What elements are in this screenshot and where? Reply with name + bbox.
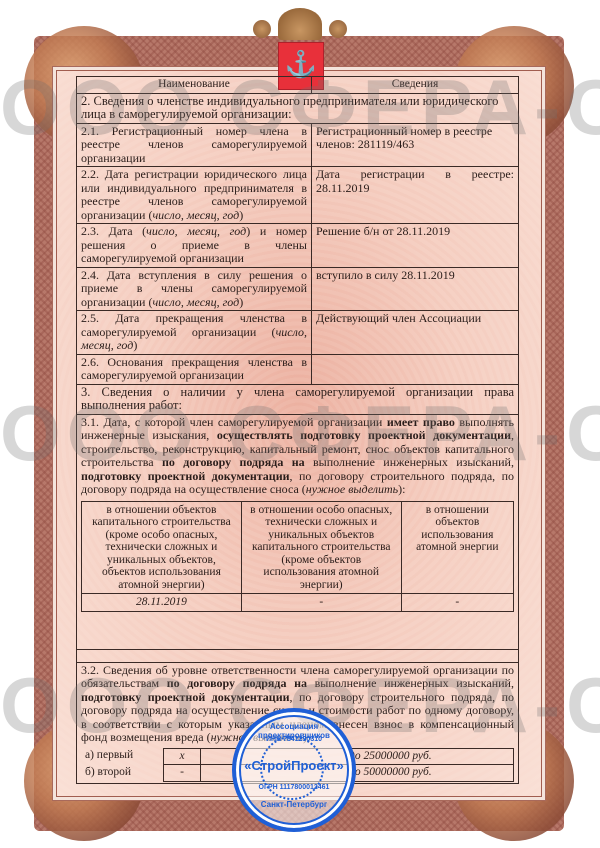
scepter-icon (253, 20, 271, 38)
text-bold: по договору подряда на (162, 455, 305, 469)
rights-header-row: в отношении объектов капитального строит… (82, 501, 514, 594)
text-bold: подготовку проектной документации (81, 690, 290, 704)
label-hint: число, месяц, год (152, 295, 239, 309)
empty-row (77, 649, 519, 662)
label-hint: число, месяц, год (146, 224, 246, 238)
column-header-info: Сведения (312, 77, 519, 94)
row-value: Решение б/н от 28.11.2019 (312, 224, 519, 268)
document-content: Наименование Сведения 2. Сведения о член… (76, 76, 519, 784)
table-header-row: Наименование Сведения (77, 77, 519, 94)
row-label: 2.4. Дата вступления в силу решения о пр… (77, 267, 312, 311)
table-row: 2.5. Дата прекращения членства в саморег… (77, 311, 519, 355)
text: выполнение инженерных изысканий, (307, 676, 514, 690)
table-row: 2.2. Дата регистрации юридического лица … (77, 167, 519, 224)
text: выполнение инженерных изысканий, (305, 455, 514, 469)
rights-value: 28.11.2019 (82, 594, 242, 612)
row-value: Дата регистрации в реестре: 28.11.2019 (312, 167, 519, 224)
label-text: 2.3. Дата (81, 224, 133, 238)
row-value: вступило в силу 28.11.2019 (312, 267, 519, 311)
rights-header: в отношении объектов капитального строит… (82, 501, 242, 594)
table-row: 2.1. Регистрационный номер члена в реест… (77, 123, 519, 167)
text-bold: подготовку проектной документации (81, 469, 290, 483)
rights-value: - (401, 594, 513, 612)
text-bold: имеет право (387, 415, 455, 429)
section-3-title: 3. Сведения о наличии у члена саморегули… (77, 384, 519, 414)
rights-table: в отношении объектов капитального строит… (81, 501, 514, 612)
table-row: 2.3. Дата (число, месяц, год) и номер ре… (77, 224, 519, 268)
rights-value: - (241, 594, 401, 612)
rights-value-row: 28.11.2019 - - (82, 594, 514, 612)
seal-ogrn: ОГРН 1117800012461 (236, 784, 352, 791)
seal-city: Санкт-Петербург (236, 800, 352, 809)
organization-seal: Ассоциация проектировщиков ИНН 784129031… (232, 708, 356, 832)
liability-label: а) первый (81, 748, 164, 765)
label-text: 2.5. Дата прекращения членства в саморег… (81, 311, 307, 339)
text-italic: нужное выделить (306, 482, 398, 496)
crown-icon (278, 8, 322, 40)
liability-mark: x (164, 748, 201, 765)
scepter-icon (329, 20, 347, 38)
text: 3.1. Дата, с которой член саморегулируем… (81, 415, 387, 429)
table-row: 2.6. Основания прекращения членства в са… (77, 354, 519, 384)
seal-name: «СтройПроект» (236, 758, 352, 773)
row-label: 2.6. Основания прекращения членства в са… (77, 354, 312, 384)
label-hint: число, месяц, год (152, 208, 239, 222)
row-label: 2.5. Дата прекращения членства в саморег… (77, 311, 312, 355)
rights-header: в отношении особо опасных, технически сл… (241, 501, 401, 594)
row-label: 2.1. Регистрационный номер члена в реест… (77, 123, 312, 167)
text-bold: осуществлять подготовку проектной докуме… (217, 428, 511, 442)
section-2-title: 2. Сведения о членстве индивидуального п… (77, 93, 519, 123)
membership-table: Наименование Сведения 2. Сведения о член… (76, 76, 519, 784)
row-value: Регистрационный номер в реестре членов: … (312, 123, 519, 167)
rights-header: в отношении объектов использования атомн… (401, 501, 513, 594)
text: ): (398, 482, 405, 496)
table-row: 2.4. Дата вступления в силу решения о пр… (77, 267, 519, 311)
liability-label: б) второй (81, 765, 164, 782)
row-value: Действующий член Ассоциации (312, 311, 519, 355)
column-header-name: Наименование (77, 77, 312, 94)
row-label: 2.2. Дата регистрации юридического лица … (77, 167, 312, 224)
text-bold: по договору подряда на (167, 676, 307, 690)
paragraph-3-1: 3.1. Дата, с которой член саморегулируем… (77, 414, 519, 649)
liability-mark: - (164, 765, 201, 782)
row-label: 2.3. Дата (число, месяц, год) и номер ре… (77, 224, 312, 268)
row-value (312, 354, 519, 384)
